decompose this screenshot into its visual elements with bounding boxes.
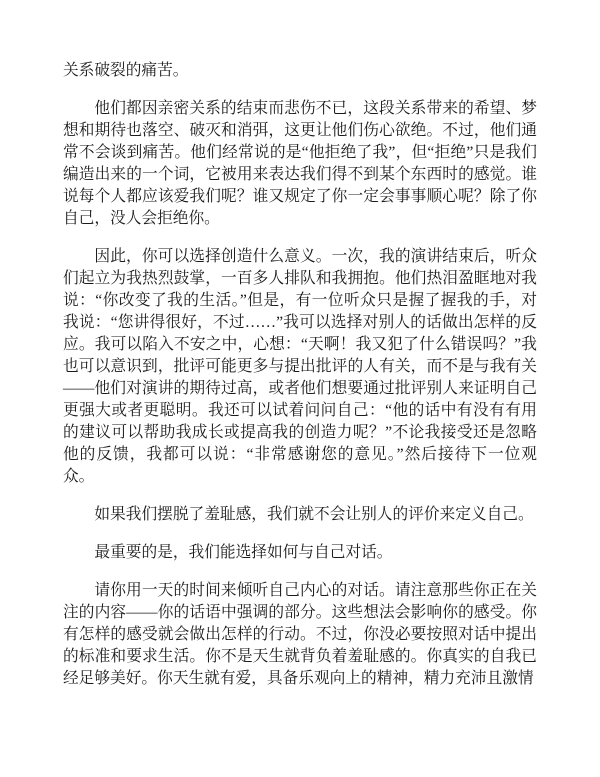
ebook-page-body: { "page": { "background_color": "#ffffff… — [0, 0, 600, 777]
paragraph-listen-inner-dialogue: 请你用一天的时间来倾听自己内心的对话。请注意那些你正在关注的内容——你的话语中强… — [63, 580, 537, 690]
paragraph-shame: 如果我们摆脱了羞耻感，我们就不会让别人的评价来定义自己。 — [63, 504, 537, 526]
paragraph-grief: 他们都因亲密关系的结束而悲伤不已，这段关系带来的希望、梦想和期待也落空、破灭和消… — [63, 98, 537, 230]
paragraph-continuation: 关系破裂的痛苦。 — [63, 60, 537, 82]
paragraph-choose-meaning: 因此，你可以选择创造什么意义。一次，我的演讲结束后，听众们起立为我热烈鼓掌，一百… — [63, 246, 537, 488]
paragraph-self-talk-intro: 最重要的是，我们能选择如何与自己对话。 — [63, 542, 537, 564]
document-page: 关系破裂的痛苦。 他们都因亲密关系的结束而悲伤不已，这段关系带来的希望、梦想和期… — [0, 0, 600, 777]
